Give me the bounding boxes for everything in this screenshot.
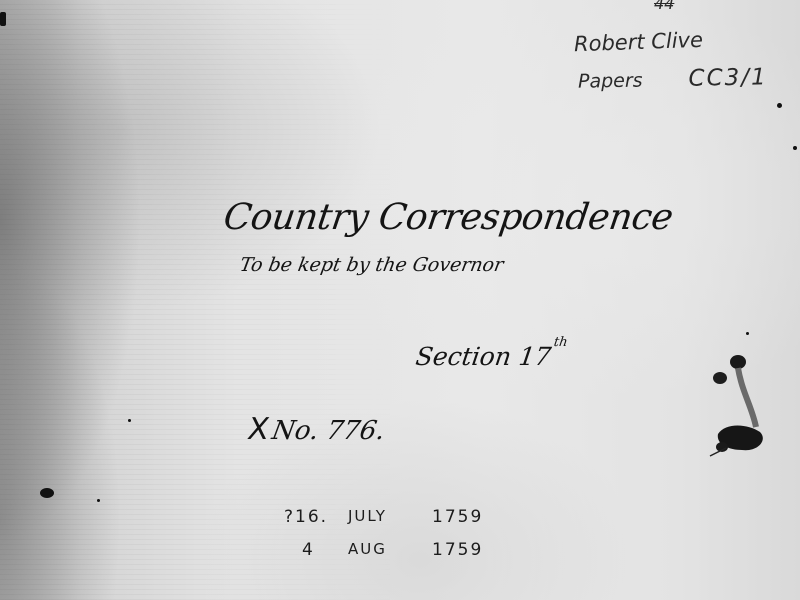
- archive-label-ref-line: PapersCC3/1: [578, 64, 768, 93]
- ink-speck: [777, 103, 782, 108]
- section-label: Section: [414, 342, 513, 371]
- date-start-month: JULY: [348, 507, 387, 525]
- date-end-month: AUG: [348, 540, 387, 558]
- date-end-year: 1759: [432, 540, 483, 560]
- archive-reference: CC3/1: [688, 64, 768, 91]
- date-start-day: ?16.: [284, 507, 328, 527]
- document-title: Country Correspondence: [221, 197, 675, 238]
- folio-number: 44: [654, 0, 674, 13]
- section-number: 17: [517, 342, 553, 371]
- document-subtitle: To be kept by the Governor: [238, 254, 505, 276]
- ink-speck: [746, 332, 749, 335]
- ink-blot-stain: [708, 352, 776, 457]
- archive-label-name: Robert Clive: [574, 28, 704, 56]
- date-end-day: 4: [302, 540, 315, 560]
- ink-speck: [40, 488, 54, 498]
- section-suffix: th: [553, 335, 569, 350]
- ink-speck: [0, 12, 6, 26]
- document-page: 44 Robert Clive PapersCC3/1 Country Corr…: [0, 0, 800, 600]
- volume-number: XNo. 776.: [245, 412, 388, 447]
- archive-label-papers: Papers: [578, 70, 643, 93]
- section-heading: Section 17th: [414, 342, 568, 371]
- ink-speck: [793, 146, 797, 150]
- volume-number-text: No. 776.: [270, 416, 388, 446]
- ink-speck: [128, 419, 131, 422]
- ink-speck: [97, 499, 100, 502]
- date-start-year: 1759: [432, 507, 483, 527]
